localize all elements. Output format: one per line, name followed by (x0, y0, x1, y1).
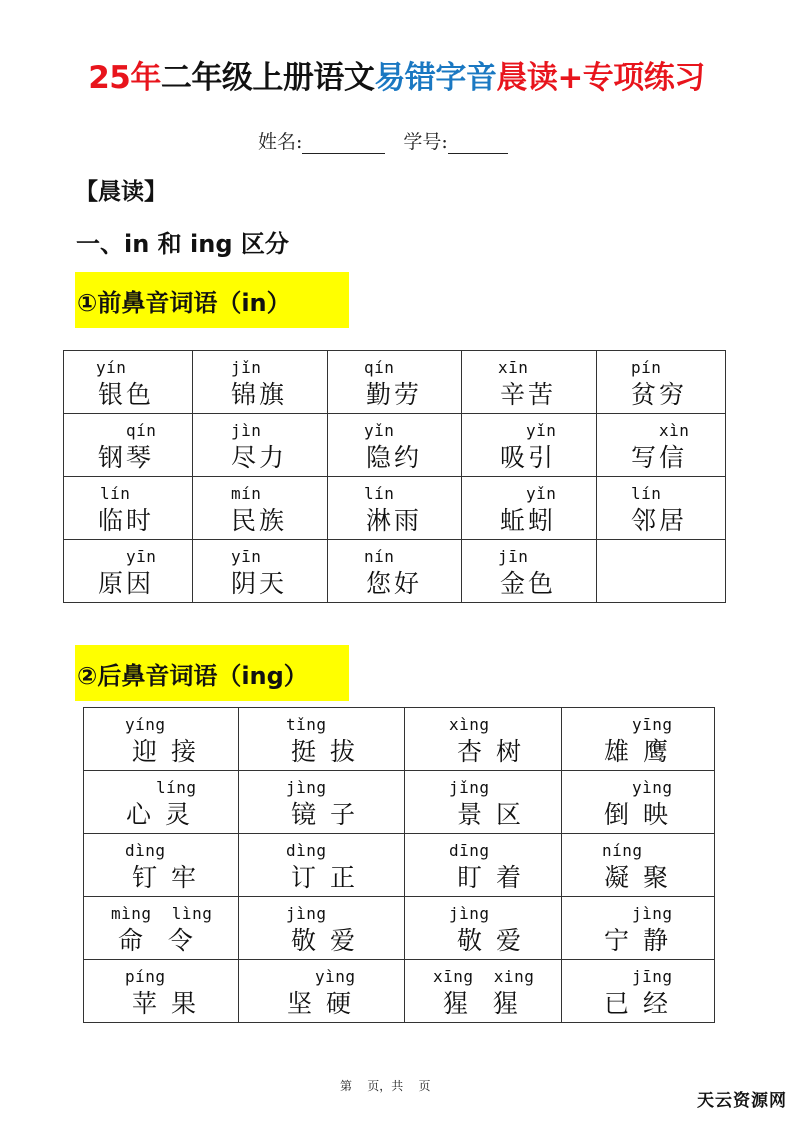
chinese-word: 挺 拔 (291, 732, 358, 768)
word-cell-content: yǐn吸引 (462, 414, 596, 476)
chinese-word: 民族 (231, 501, 287, 537)
word-cell: níng凝 聚 (562, 834, 715, 897)
table-row: yíng迎 接tǐng挺 拔xìng杏 树yīng雄 鹰 (84, 708, 715, 771)
chinese-word: 锦旗 (231, 375, 287, 411)
word-cell: dìng订 正 (239, 834, 405, 897)
chinese-word: 勤劳 (366, 375, 422, 411)
chinese-word: 尽力 (231, 438, 287, 474)
word-cell: jīn金色 (462, 540, 597, 603)
word-cell-content: dìng钉 牢 (84, 834, 238, 896)
word-cell: lín淋雨 (328, 477, 462, 540)
chinese-word: 订 正 (291, 858, 358, 894)
word-cell-content: líng心 灵 (84, 771, 238, 833)
table-row: mìng lìng命 令jìng敬 爱jìng敬 爱jìng宁 静 (84, 897, 715, 960)
chinese-word: 钉 牢 (132, 858, 199, 894)
number-label: 学号: (403, 127, 447, 154)
morning-reading-label: 【晨读】 (75, 173, 167, 206)
word-cell-content: lín邻居 (597, 477, 725, 539)
chinese-word: 景 区 (457, 795, 524, 831)
word-cell: mín民族 (193, 477, 328, 540)
word-cell: yǐn吸引 (462, 414, 597, 477)
word-cell: yíng迎 接 (84, 708, 239, 771)
word-cell-content: qín钢琴 (64, 414, 192, 476)
word-cell: yín银色 (64, 351, 193, 414)
chinese-word: 凝 聚 (604, 858, 671, 894)
word-cell-content: lín临时 (64, 477, 192, 539)
table-row: lín临时mín民族lín淋雨yǐn蚯蚓lín邻居 (64, 477, 726, 540)
chinese-word: 写信 (631, 438, 687, 474)
word-cell-content: jìng敬 爱 (239, 897, 404, 959)
chinese-word: 辛苦 (500, 375, 556, 411)
name-label: 姓名: (258, 127, 302, 154)
word-cell (597, 540, 726, 603)
word-cell: jǐn锦旗 (193, 351, 328, 414)
part2-heading: ②后鼻音词语（ing） (75, 645, 349, 701)
table-row: píng苹 果yìng坚 硬xīng xing猩 猩jīng已 经 (84, 960, 715, 1023)
word-cell: mìng lìng命 令 (84, 897, 239, 960)
chinese-word: 钢琴 (98, 438, 154, 474)
word-cell: xìn写信 (597, 414, 726, 477)
word-cell-content: pín贫穷 (597, 351, 725, 413)
word-cell-content: jìng镜 子 (239, 771, 404, 833)
word-cell: pín贫穷 (597, 351, 726, 414)
word-cell-content: yíng迎 接 (84, 708, 238, 770)
word-cell: nín您好 (328, 540, 462, 603)
table-row: yīn原因yīn阴天nín您好jīn金色 (64, 540, 726, 603)
chinese-word: 吸引 (500, 438, 556, 474)
word-cell: jìng敬 爱 (405, 897, 562, 960)
word-cell-content: jīng已 经 (562, 960, 714, 1022)
word-cell: yīng雄 鹰 (562, 708, 715, 771)
section-heading: 一、in 和 ing 区分 (76, 224, 289, 259)
word-cell: qín勤劳 (328, 351, 462, 414)
watermark: 天云资源网 (697, 1086, 787, 1111)
chinese-word: 雄 鹰 (604, 732, 671, 768)
chinese-word: 坚 硬 (287, 984, 354, 1020)
word-cell: jìn尽力 (193, 414, 328, 477)
word-cell: líng心 灵 (84, 771, 239, 834)
title-practice: 晨读+专项练习 (496, 60, 704, 96)
word-cell: xīn辛苦 (462, 351, 597, 414)
chinese-word: 隐约 (366, 438, 422, 474)
word-cell-content (597, 540, 725, 602)
word-cell: jìng宁 静 (562, 897, 715, 960)
word-cell-content: níng凝 聚 (562, 834, 714, 896)
chinese-word: 淋雨 (366, 501, 422, 537)
word-cell-content: yīn阴天 (193, 540, 327, 602)
word-cell: jǐng景 区 (405, 771, 562, 834)
word-cell: yìng倒 映 (562, 771, 715, 834)
student-info: 姓名: 学号: (258, 127, 508, 154)
chinese-word: 命 令 (118, 921, 196, 957)
word-cell-content: jìn尽力 (193, 414, 327, 476)
word-cell-content: yǐn蚯蚓 (462, 477, 596, 539)
title-grade: 二年级上册语文 (161, 60, 375, 96)
chinese-word: 心 灵 (126, 795, 193, 831)
word-cell-content: nín您好 (328, 540, 461, 602)
title-year: 25年 (88, 60, 161, 96)
chinese-word: 银色 (98, 375, 154, 411)
chinese-word: 猩 猩 (443, 984, 521, 1020)
chinese-word: 盯 着 (457, 858, 524, 894)
word-cell-content: dīng盯 着 (405, 834, 561, 896)
word-cell: dìng钉 牢 (84, 834, 239, 897)
word-cell: xīng xing猩 猩 (405, 960, 562, 1023)
front-nasal-table: yín银色jǐn锦旗qín勤劳xīn辛苦pín贫穷qín钢琴jìn尽力yǐn隐约… (63, 350, 726, 603)
word-cell-content: lín淋雨 (328, 477, 461, 539)
word-cell-content: jǐng景 区 (405, 771, 561, 833)
word-cell: yìng坚 硬 (239, 960, 405, 1023)
title-topic: 易错字音 (374, 60, 496, 96)
part1-heading: ①前鼻音词语（in） (75, 272, 349, 328)
table-row: dìng钉 牢dìng订 正dīng盯 着níng凝 聚 (84, 834, 715, 897)
chinese-word: 迎 接 (132, 732, 199, 768)
chinese-word: 金色 (500, 564, 556, 600)
word-cell-content: yìng坚 硬 (239, 960, 404, 1022)
table-row: qín钢琴jìn尽力yǐn隐约yǐn吸引xìn写信 (64, 414, 726, 477)
word-cell-content: mìng lìng命 令 (84, 897, 238, 959)
word-cell-content: yīn原因 (64, 540, 192, 602)
chinese-word: 贫穷 (631, 375, 687, 411)
chinese-word: 阴天 (231, 564, 287, 600)
chinese-word: 宁 静 (604, 921, 671, 957)
word-cell-content: jīn金色 (462, 540, 596, 602)
chinese-word: 原因 (98, 564, 154, 600)
word-cell-content: jìng宁 静 (562, 897, 714, 959)
back-nasal-table: yíng迎 接tǐng挺 拔xìng杏 树yīng雄 鹰líng心 灵jìng镜… (83, 707, 715, 1023)
chinese-word: 临时 (98, 501, 154, 537)
word-cell-content: yǐn隐约 (328, 414, 461, 476)
chinese-word: 镜 子 (291, 795, 358, 831)
word-cell-content: yín银色 (64, 351, 192, 413)
name-blank[interactable] (302, 130, 385, 154)
word-cell: tǐng挺 拔 (239, 708, 405, 771)
chinese-word: 蚯蚓 (500, 501, 556, 537)
word-cell: yīn阴天 (193, 540, 328, 603)
page-number: 第 页，共 页 (340, 1077, 431, 1094)
word-cell-content: mín民族 (193, 477, 327, 539)
word-cell-content: yīng雄 鹰 (562, 708, 714, 770)
number-blank[interactable] (448, 130, 508, 154)
word-cell: qín钢琴 (64, 414, 193, 477)
chinese-word: 敬 爱 (291, 921, 358, 957)
word-cell-content: xìng杏 树 (405, 708, 561, 770)
word-cell-content: dìng订 正 (239, 834, 404, 896)
chinese-word: 苹 果 (132, 984, 199, 1020)
word-cell: yīn原因 (64, 540, 193, 603)
chinese-word: 敬 爱 (457, 921, 524, 957)
word-cell: píng苹 果 (84, 960, 239, 1023)
word-cell: lín邻居 (597, 477, 726, 540)
word-cell-content: qín勤劳 (328, 351, 461, 413)
chinese-word: 您好 (366, 564, 422, 600)
table-row: líng心 灵jìng镜 子jǐng景 区yìng倒 映 (84, 771, 715, 834)
word-cell-content: yìng倒 映 (562, 771, 714, 833)
word-cell: dīng盯 着 (405, 834, 562, 897)
word-cell-content: jǐn锦旗 (193, 351, 327, 413)
word-cell: jīng已 经 (562, 960, 715, 1023)
document-title: 25年二年级上册语文易错字音晨读+专项练习 (0, 52, 793, 97)
word-cell: yǐn蚯蚓 (462, 477, 597, 540)
table-row: yín银色jǐn锦旗qín勤劳xīn辛苦pín贫穷 (64, 351, 726, 414)
word-cell-content: jìng敬 爱 (405, 897, 561, 959)
word-cell-content: píng苹 果 (84, 960, 238, 1022)
word-cell-content: xìn写信 (597, 414, 725, 476)
chinese-word: 已 经 (604, 984, 671, 1020)
word-cell: jìng镜 子 (239, 771, 405, 834)
chinese-word: 杏 树 (457, 732, 524, 768)
word-cell: yǐn隐约 (328, 414, 462, 477)
word-cell-content: xīn辛苦 (462, 351, 596, 413)
word-cell-content: xīng xing猩 猩 (405, 960, 561, 1022)
chinese-word: 倒 映 (604, 795, 671, 831)
word-cell: jìng敬 爱 (239, 897, 405, 960)
word-cell: lín临时 (64, 477, 193, 540)
word-cell: xìng杏 树 (405, 708, 562, 771)
chinese-word: 邻居 (631, 501, 687, 537)
word-cell-content: tǐng挺 拔 (239, 708, 404, 770)
